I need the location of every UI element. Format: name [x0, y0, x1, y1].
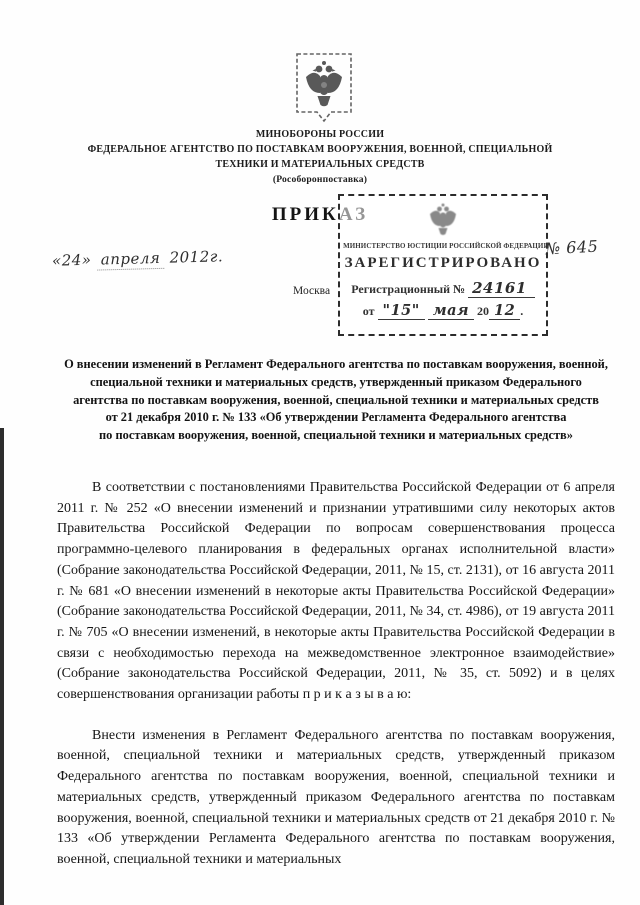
order-number-handwritten: № 645	[545, 237, 599, 259]
order-subject-line: специальной техники и материальных средс…	[57, 374, 615, 392]
ministry-name: МИНОБОРОНЫ РОССИИ	[0, 127, 640, 142]
stamp-date-day-handwritten: "15"	[378, 302, 425, 320]
stamp-date-year-printed: 20	[477, 304, 489, 318]
agency-name-line2: ТЕХНИКИ И МАТЕРИАЛЬНЫХ СРЕДСТВ	[0, 157, 640, 172]
stamp-reg-number-handwritten: 24161	[468, 279, 535, 298]
city-label: Москва	[293, 285, 330, 297]
document-page: МИНОБОРОНЫ РОССИИ ФЕДЕРАЛЬНОЕ АГЕНТСТВО …	[0, 0, 640, 905]
coat-of-arms-icon	[294, 52, 354, 124]
order-date-month: апреля	[97, 249, 165, 271]
letterhead: МИНОБОРОНЫ РОССИИ ФЕДЕРАЛЬНОЕ АГЕНТСТВО …	[0, 127, 640, 187]
stamp-date-prefix: от	[363, 304, 375, 318]
agency-name-line1: ФЕДЕРАЛЬНОЕ АГЕНТСТВО ПО ПОСТАВКАМ ВООРУ…	[0, 142, 640, 157]
agency-short-name: (Рособоронпоставка)	[0, 172, 640, 187]
stamp-date-year-handwritten: 12	[489, 302, 520, 320]
document-body: О внесении изменений в Регламент Федерал…	[57, 356, 615, 871]
order-date-day: «24»	[52, 251, 92, 270]
stamp-registration-number-line: Регистрационный № 24161	[340, 279, 546, 297]
body-paragraph-preamble: В соответствии с постановлениями Правите…	[57, 478, 615, 706]
order-date-year: 2012г.	[169, 247, 223, 266]
stamp-reg-label: Регистрационный №	[351, 282, 465, 296]
order-subject-line: агентства по поставкам вооружения, военн…	[57, 392, 615, 410]
stamp-registered-label: ЗАРЕГИСТРИРОВАНО	[340, 255, 546, 272]
body-paragraph-directive: Внести изменения в Регламент Федеральног…	[57, 726, 615, 871]
order-subject-line: по поставкам вооружения, военной, специа…	[57, 427, 615, 445]
scan-artifact-line	[0, 428, 4, 905]
order-subject-line: О внесении изменений в Регламент Федерал…	[57, 356, 615, 374]
stamp-eagle-icon	[340, 196, 546, 241]
order-subject-line: от 21 декабря 2010 г. № 133 «Об утвержде…	[57, 409, 615, 427]
order-date-handwritten: «24» апреля 2012г.	[52, 246, 262, 269]
stamp-date-month-handwritten: мая	[428, 302, 474, 320]
stamp-date-suffix: .	[520, 304, 523, 318]
stamp-date-line: от "15" мая 2012.	[340, 302, 546, 319]
registration-stamp: МИНИСТЕРСТВО ЮСТИЦИИ РОССИЙСКОЙ ФЕДЕРАЦИ…	[338, 194, 548, 336]
stamp-ministry-label: МИНИСТЕРСТВО ЮСТИЦИИ РОССИЙСКОЙ ФЕДЕРАЦИ…	[343, 242, 543, 250]
order-subject-title: О внесении изменений в Регламент Федерал…	[57, 356, 615, 445]
